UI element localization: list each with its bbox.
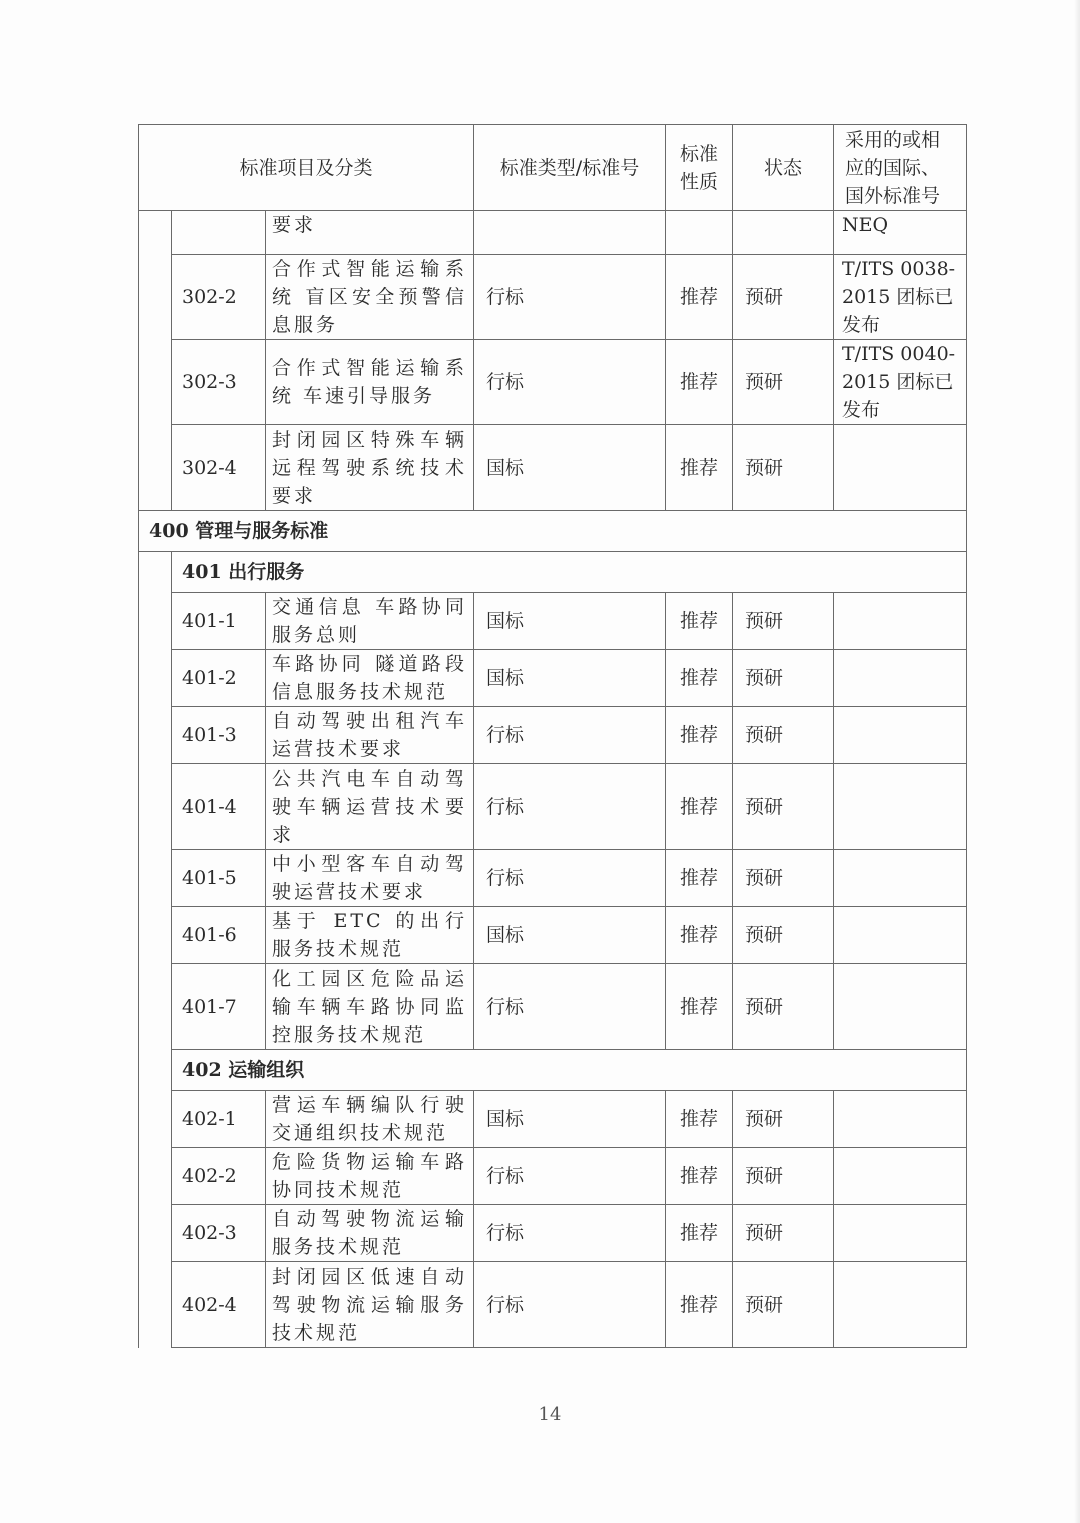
row-code: 401-7 [172,964,266,1050]
row-code: 402-4 [172,1262,266,1348]
row-nature: 推荐 [666,650,733,707]
table-row: 402-1 营运车辆编队行驶交通组织技术规范 国标 推荐 预研 [139,1091,967,1148]
table-row: 401-4 公共汽电车自动驾驶车辆运营技术要求 行标 推荐 预研 [139,764,967,850]
row-nature: 推荐 [666,1205,733,1262]
indent-cell [139,1050,172,1348]
row-code: 401-2 [172,650,266,707]
row-title: 交通信息 车路协同服务总则 [266,593,474,650]
section-row-400: 400 管理与服务标准 [139,511,967,552]
header-type: 标准类型/标准号 [474,125,666,211]
row-status: 预研 [733,1262,834,1348]
row-title: 公共汽电车自动驾驶车辆运营技术要求 [266,764,474,850]
row-title: 营运车辆编队行驶交通组织技术规范 [266,1091,474,1148]
row-title: 封闭园区低速自动驾驶物流运输服务技术规范 [266,1262,474,1348]
table-row: 401-3 自动驾驶出租汽车运营技术要求 行标 推荐 预研 [139,707,967,764]
row-status: 预研 [733,1205,834,1262]
row-nature: 推荐 [666,593,733,650]
section-row-402: 402 运输组织 [139,1050,967,1091]
row-type: 国标 [474,593,666,650]
row-nature: 推荐 [666,707,733,764]
table-row: 302-4 封闭园区特殊车辆远程驾驶系统技术要求 国标 推荐 预研 [139,425,967,511]
section-row-401: 401 出行服务 [139,552,967,593]
row-status: 预研 [733,1091,834,1148]
row-title: 中小型客车自动驾驶运营技术要求 [266,850,474,907]
header-ref: 采用的或相应的国际、国外标准号 [834,125,967,211]
row-title: 要求 [266,211,474,255]
row-title: 封闭园区特殊车辆远程驾驶系统技术要求 [266,425,474,511]
row-code: 302-2 [172,255,266,340]
row-title: 合作式智能运输系统 车速引导服务 [266,340,474,425]
header-nature: 标准性质 [666,125,733,211]
row-status: 预研 [733,425,834,511]
row-title: 自动驾驶出租汽车运营技术要求 [266,707,474,764]
row-status: 预研 [733,707,834,764]
table-row: 302-3 合作式智能运输系统 车速引导服务 行标 推荐 预研 T/ITS 00… [139,340,967,425]
row-status: 预研 [733,650,834,707]
row-title: 危险货物运输车路协同技术规范 [266,1148,474,1205]
table-row: 401-2 车路协同 隧道路段信息服务技术规范 国标 推荐 预研 [139,650,967,707]
table-row: 402-4 封闭园区低速自动驾驶物流运输服务技术规范 行标 推荐 预研 [139,1262,967,1348]
row-code: 402-2 [172,1148,266,1205]
row-type: 行标 [474,1262,666,1348]
section-title: 402 运输组织 [172,1050,967,1091]
indent-cell [139,552,172,1050]
standards-table: 标准项目及分类 标准类型/标准号 标准性质 状态 采用的或相应的国际、国外标准号… [138,124,967,1348]
section-title: 400 管理与服务标准 [139,511,967,552]
page-edge [1074,0,1080,1523]
row-status: 预研 [733,964,834,1050]
row-nature: 推荐 [666,340,733,425]
row-code: 401-3 [172,707,266,764]
row-title: 自动驾驶物流运输服务技术规范 [266,1205,474,1262]
row-code: 402-3 [172,1205,266,1262]
table-row: 401-6 基于 ETC 的出行服务技术规范 国标 推荐 预研 [139,907,967,964]
row-type: 行标 [474,1148,666,1205]
row-type: 行标 [474,850,666,907]
row-nature: 推荐 [666,1091,733,1148]
row-code: 401-6 [172,907,266,964]
row-type: 行标 [474,764,666,850]
row-nature: 推荐 [666,1262,733,1348]
row-type: 行标 [474,964,666,1050]
row-ref: T/ITS 0038-2015 团标已发布 [834,255,967,340]
row-nature: 推荐 [666,964,733,1050]
row-status: 预研 [733,850,834,907]
table-row: 402-2 危险货物运输车路协同技术规范 行标 推荐 预研 [139,1148,967,1205]
section-title: 401 出行服务 [172,552,967,593]
table-row: 401-1 交通信息 车路协同服务总则 国标 推荐 预研 [139,593,967,650]
row-code: 401-1 [172,593,266,650]
page-number: 14 [0,1404,1080,1425]
table-row: 401-5 中小型客车自动驾驶运营技术要求 行标 推荐 预研 [139,850,967,907]
row-ref: T/ITS 0040-2015 团标已发布 [834,340,967,425]
row-status: 预研 [733,764,834,850]
row-type: 行标 [474,1205,666,1262]
row-status: 预研 [733,907,834,964]
row-code: 402-1 [172,1091,266,1148]
header-status: 状态 [733,125,834,211]
row-title: 基于 ETC 的出行服务技术规范 [266,907,474,964]
row-type: 行标 [474,255,666,340]
row-code: 401-4 [172,764,266,850]
header-item: 标准项目及分类 [139,125,474,211]
table-row: 302-2 合作式智能运输系统 盲区安全预警信息服务 行标 推荐 预研 T/IT… [139,255,967,340]
row-type: 行标 [474,340,666,425]
row-nature: 推荐 [666,764,733,850]
row-type: 国标 [474,425,666,511]
row-type: 国标 [474,907,666,964]
row-status: 预研 [733,255,834,340]
row-title: 车路协同 隧道路段信息服务技术规范 [266,650,474,707]
row-nature: 推荐 [666,255,733,340]
row-ref [834,425,967,511]
row-nature: 推荐 [666,1148,733,1205]
row-status: 预研 [733,1148,834,1205]
row-ref: NEQ [834,211,967,255]
row-code: 302-4 [172,425,266,511]
table-header-row: 标准项目及分类 标准类型/标准号 标准性质 状态 采用的或相应的国际、国外标准号 [139,125,967,211]
row-title: 化工园区危险品运输车辆车路协同监控服务技术规范 [266,964,474,1050]
indent-cell [139,211,172,511]
row-type: 国标 [474,1091,666,1148]
row-status: 预研 [733,340,834,425]
row-code: 401-5 [172,850,266,907]
table-row: 401-7 化工园区危险品运输车辆车路协同监控服务技术规范 行标 推荐 预研 [139,964,967,1050]
row-code: 302-3 [172,340,266,425]
row-type: 行标 [474,707,666,764]
row-type: 国标 [474,650,666,707]
row-nature: 推荐 [666,425,733,511]
row-nature: 推荐 [666,850,733,907]
table-row: 要求 NEQ [139,211,967,255]
row-nature: 推荐 [666,907,733,964]
row-title: 合作式智能运输系统 盲区安全预警信息服务 [266,255,474,340]
table-row: 402-3 自动驾驶物流运输服务技术规范 行标 推荐 预研 [139,1205,967,1262]
row-status: 预研 [733,593,834,650]
